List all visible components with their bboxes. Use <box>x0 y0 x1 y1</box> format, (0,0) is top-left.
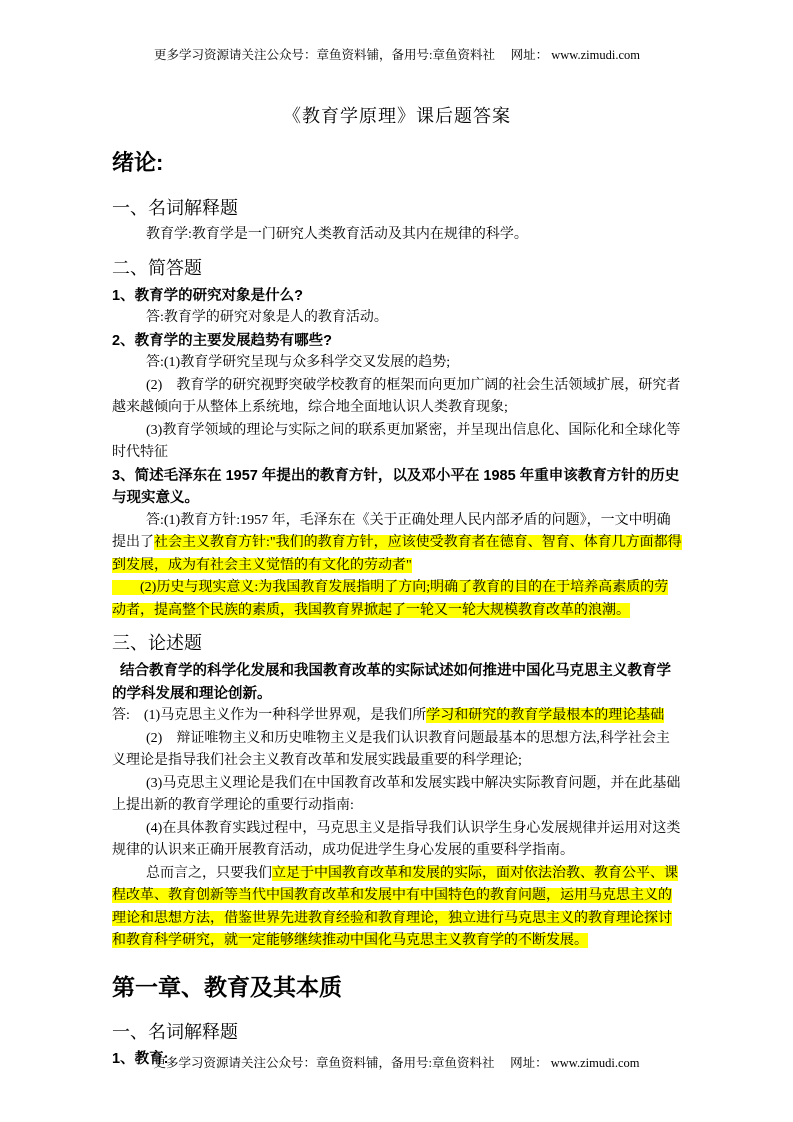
term-definition-pedagogy: 教育学:教育学是一门研究人类教育活动及其内在规律的科学。 <box>112 224 682 247</box>
essay-answer-item4: (4)在具体教育实践过程中，马克思主义是指导我们认识学生身心发展规律并运用对这类… <box>112 818 682 863</box>
essay-conclusion-plain: 总而言之，只要我们 <box>146 866 272 881</box>
header-note: 更多学习资源请关注公众号：章鱼资料铺，备用号:章鱼资料社 网址： www.zim… <box>112 47 682 64</box>
question-1: 1、教育学的研究对象是什么? <box>112 285 682 308</box>
answer-2-item2: (2) 教育学的研究视野突破学校教育的框架而向更加广阔的社会生活领域扩展，研究者… <box>112 375 682 420</box>
answer-2-item1: 答:(1)教育学研究呈现与众多科学交叉发展的趋势; <box>112 352 682 375</box>
answer-2-item3: (3)教育学领域的理论与实际之间的联系更加紧密，并呈现出信息化、国际化和全球化等… <box>112 420 682 465</box>
essay-conclusion: 总而言之，只要我们立足于中国教育改革和发展的实际，面对依法治教、教育公平、课程改… <box>112 863 682 953</box>
intro-section2-heading: 二、简答题 <box>112 256 682 280</box>
footer-note: 更多学习资源请关注公众号：章鱼资料铺，备用号:章鱼资料社 网址： www.zim… <box>0 1055 793 1072</box>
answer-3-item1-highlight: 社会主义教育方针:"我们的教育方针，应该使受教育者在德育、智育、体育几方面都得到… <box>112 535 682 573</box>
intro-chapter-heading: 绪论: <box>112 148 682 178</box>
answer-3-item2-highlight: (2)历史与现实意义:为我国教育发展指明了方向;明确了教育的目的在于培养高素质的… <box>112 580 668 618</box>
essay-answer-item1-highlight: 学习和研究的教育学最根本的理论基础 <box>426 708 664 723</box>
document-title: 《教育学原理》课后题答案 <box>112 102 682 128</box>
essay-question: 结合教育学的科学化发展和我国教育改革的实际试述如何推进中国化马克思主义教育学的学… <box>112 660 682 705</box>
chapter1-heading: 第一章、教育及其本质 <box>112 972 682 1002</box>
intro-section3-heading: 三、论述题 <box>112 631 682 655</box>
essay-answer-item3: (3)马克思主义理论是我们在中国教育改革和发展实践中解决实际教育问题，并在此基础… <box>112 773 682 818</box>
answer-3-item2: (2)历史与现实意义:为我国教育发展指明了方向;明确了教育的目的在于培养高素质的… <box>112 577 682 622</box>
document-content: 更多学习资源请关注公众号：章鱼资料铺，备用号:章鱼资料社 网址： www.zim… <box>112 0 682 1070</box>
question-3: 3、简述毛泽东在 1957 年提出的教育方针，以及邓小平在 1985 年重申该教… <box>112 465 682 510</box>
essay-answer-item2: (2) 辩证唯物主义和历史唯物主义是我们认识教育问题最基本的思想方法,科学社会主… <box>112 728 682 773</box>
chapter1-section1-heading: 一、名词解释题 <box>112 1020 682 1044</box>
document-page: 更多学习资源请关注公众号：章鱼资料铺，备用号:章鱼资料社 网址： www.zim… <box>0 0 793 1122</box>
question-2: 2、教育学的主要发展趋势有哪些? <box>112 330 682 353</box>
answer-3-item1: 答:(1)教育方针:1957 年，毛泽东在《关于正确处理人民内部矛盾的问题》，一… <box>112 510 682 578</box>
essay-answer-item1: 答: (1)马克思主义作为一种科学世界观，是我们所学习和研究的教育学最根本的理论… <box>112 705 682 728</box>
essay-answer-item1-plain: 答: (1)马克思主义作为一种科学世界观，是我们所 <box>112 708 426 723</box>
answer-1: 答:教育学的研究对象是人的教育活动。 <box>112 307 682 330</box>
intro-section1-heading: 一、名词解释题 <box>112 196 682 220</box>
